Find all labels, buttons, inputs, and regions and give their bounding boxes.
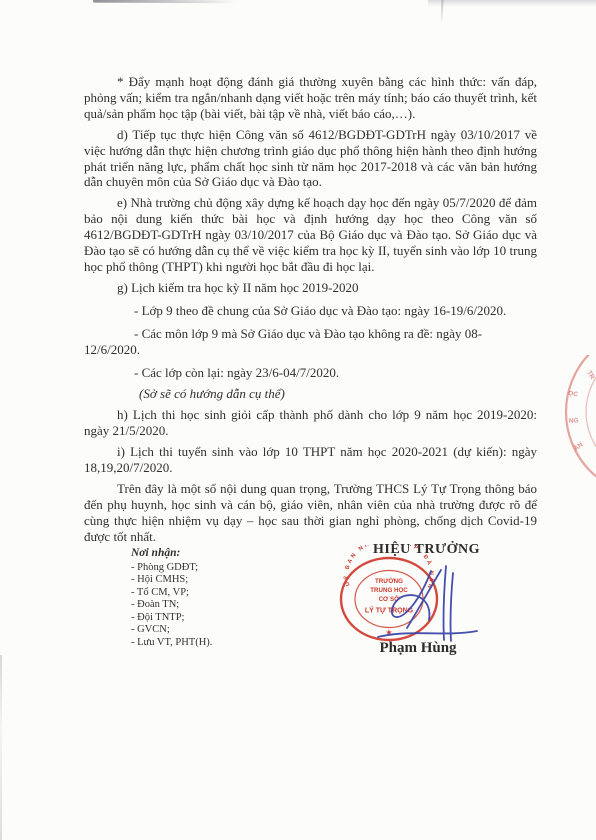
scan-artifact-top-tick xyxy=(441,0,444,24)
recipients-title: Nơi nhận: xyxy=(131,547,301,560)
scan-artifact-left-edge xyxy=(0,655,2,840)
recipient-item: - Đoàn TN; xyxy=(131,599,301,612)
scanned-document-page: * Đẩy mạnh hoạt động đánh giá thường xuy… xyxy=(0,0,596,840)
paragraph-i-grade10-admission: i) Lịch thi tuyển sinh vào lớp 10 THPT n… xyxy=(84,444,537,476)
official-round-stamp: UỶ BAN NHÂN DÂN TP. ĐÀ NẴNG TRƯỜNG TRUNG… xyxy=(330,545,510,660)
recipient-item: - Tổ CM, VP; xyxy=(131,587,301,600)
recipient-item: - Lưu VT, PHT(H). xyxy=(131,637,301,650)
edge-stamp-fragment: NG xyxy=(569,417,579,425)
recipient-item: - Hội CMHS; xyxy=(131,574,301,587)
paragraph-assessment-methods: * Đẩy mạnh hoạt động đánh giá thường xuy… xyxy=(84,74,537,122)
recipient-item: - GVCN; xyxy=(131,624,301,637)
scan-artifact-top-band xyxy=(428,0,596,7)
recipient-item: - Phòng GDĐT; xyxy=(131,562,301,575)
paragraph-d-circular-4612: d) Tiếp tục thực hiện Công văn số 4612/B… xyxy=(84,127,537,191)
paragraph-closing: Trên đây là một số nội dung quan trọng, … xyxy=(84,481,537,545)
edge-stamp-fragment: ỌC xyxy=(568,390,579,398)
stamp-center-line-2: TRUNG HỌC xyxy=(370,587,408,594)
edge-stamp-imprint: TR ỌC NG ÂN xyxy=(548,355,596,480)
bullet-remaining-classes: - Các lớp còn lại: ngày 23/6-04/7/2020. xyxy=(84,365,537,381)
paragraph-e-teaching-plan: e) Nhà trường chủ động xây dựng kế hoạch… xyxy=(84,195,537,275)
stamp-center-line-1: TRƯỜNG xyxy=(375,577,403,585)
document-body: * Đẩy mạnh hoạt động đánh giá thường xuy… xyxy=(84,74,537,545)
scan-artifact-top-smudge xyxy=(93,0,238,3)
paragraph-h-gifted-exam: h) Lịch thi học sinh giỏi cấp thành phố … xyxy=(84,407,537,439)
recipient-item: - Đội TNTP; xyxy=(131,612,301,625)
bullet-grade9-common-exam: - Lớp 9 theo đề chung của Sở Giáo dục và… xyxy=(84,303,537,319)
bullet-grade9-other-subjects: - Các môn lớp 9 mà Sở Giáo dục và Đào tạ… xyxy=(84,326,537,358)
paragraph-g-exam-schedule-heading: g) Lịch kiểm tra học kỳ II năm học 2019-… xyxy=(84,280,537,296)
note-guidance-pending: (Sở sẽ có hướng dẫn cụ thể) xyxy=(84,386,537,402)
recipients-block: Nơi nhận: - Phòng GDĐT; - Hội CMHS; - Tổ… xyxy=(131,547,301,649)
edge-stamp-fragment: TR xyxy=(585,370,596,381)
edge-stamp-fragment: ÂN xyxy=(572,439,585,452)
